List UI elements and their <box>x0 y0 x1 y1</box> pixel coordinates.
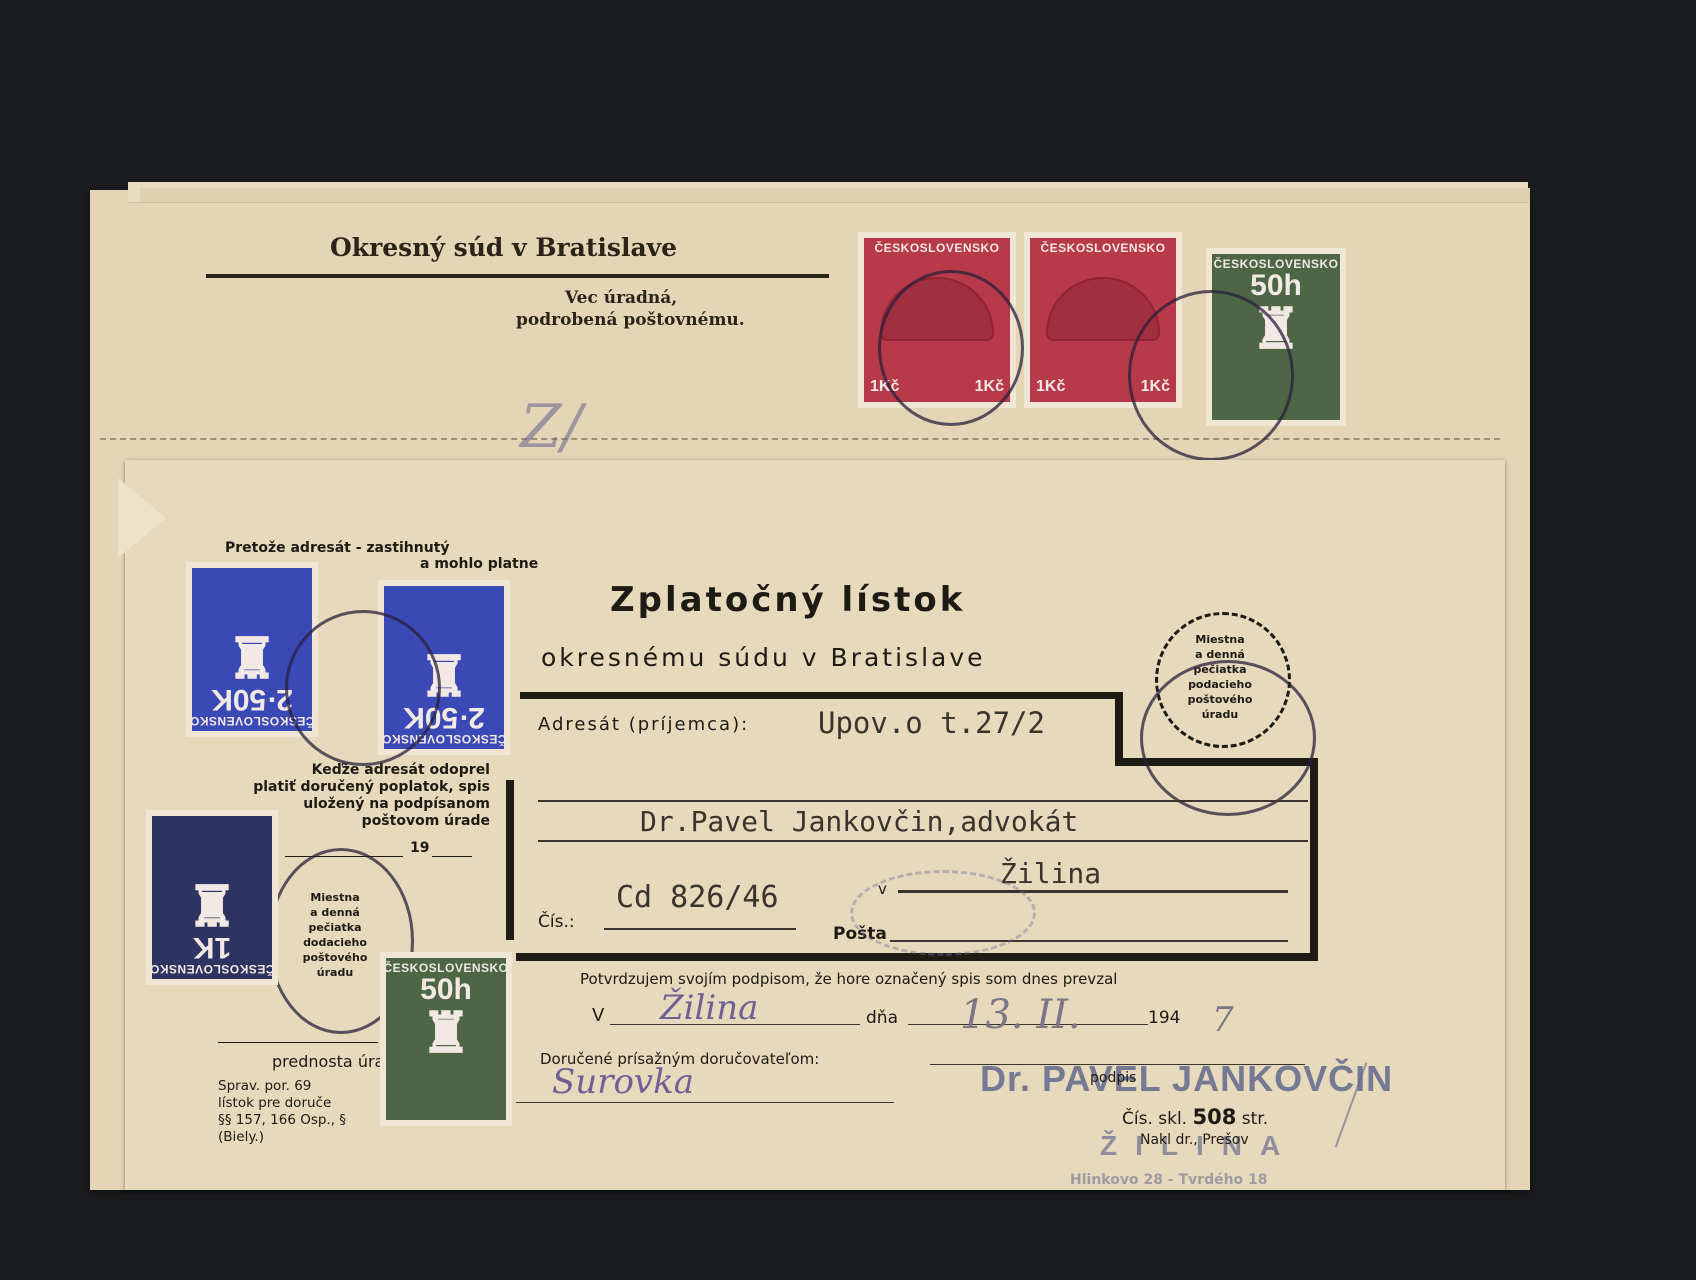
official-notice-line1: Vec úradná, <box>565 288 677 308</box>
case-number: Cd 826/46 <box>616 880 779 915</box>
postmark-circle <box>878 270 1024 426</box>
year-prefix: 194 <box>1148 1008 1180 1028</box>
in-place-label: V <box>592 1005 604 1026</box>
form-line <box>538 840 1308 842</box>
form-title: Zplatočný lístok <box>610 580 965 620</box>
form-box-border <box>520 692 1120 699</box>
handwritten-year: 7 <box>1212 1000 1234 1040</box>
postmark-circle <box>285 610 441 766</box>
stamp-1k-inverted: ČESKOSLOVENSKO 1K ♜ <box>146 810 278 985</box>
addressee-label: Adresát (príjemca): <box>538 714 749 735</box>
form-subtitle: okresnému súdu v Bratislave <box>541 643 986 672</box>
handwritten-date: 13. II. <box>960 992 1081 1038</box>
form-stock-number: Čís. skl. 508 str. <box>1122 1105 1268 1129</box>
form-line <box>604 928 796 930</box>
postmark-circle <box>1140 660 1316 816</box>
fold-line <box>100 438 1500 440</box>
left-year-prefix: 19 <box>410 840 429 856</box>
signature-rubber-stamp: Dr. PAVEL JANKOVČIN <box>980 1058 1393 1100</box>
left-year-line <box>432 856 472 857</box>
case-number-label: Čís.: <box>538 912 575 932</box>
regulation-footnote: Sprav. por. 69 lístok pre doruče §§ 157,… <box>218 1078 346 1146</box>
envelope-edge-layer-2 <box>140 188 1530 202</box>
stamp-50h-lion: ČESKOSLOVENSKO 50h ♜ <box>380 952 512 1126</box>
left-line2: a mohlo platne <box>420 556 538 572</box>
left-heading: Pretože adresát - zastihnutý <box>225 540 450 556</box>
official-notice-line2: podrobená poštovnému. <box>516 310 745 330</box>
form-line <box>538 800 1308 802</box>
publisher-line: Nakl dr., Prešov <box>1140 1132 1249 1148</box>
date-label: dňa <box>866 1008 898 1028</box>
form-box-border <box>506 780 514 940</box>
lion-emblem-icon: ♜ <box>421 1005 471 1061</box>
court-title-rule <box>206 274 829 278</box>
form-box-border <box>1310 765 1318 961</box>
lion-emblem-icon: ♜ <box>187 876 237 932</box>
handwritten-place: Žilina <box>660 988 758 1028</box>
form-box-border <box>1115 692 1123 764</box>
postmark-circle <box>1128 290 1294 461</box>
recipient-name: Dr.Pavel Jankovčin,advokát <box>640 805 1078 838</box>
form-line <box>516 1102 894 1103</box>
left-signature-line <box>218 1042 378 1043</box>
handwritten-mark: Z/ <box>520 392 582 462</box>
court-title: Okresný súd v Bratislave <box>330 233 677 262</box>
confirmation-text: Potvrdzujem svojím podpisom, že hore ozn… <box>580 970 1117 988</box>
rubber-stamp-street: Hlinkovo 28 - Tvrdého 18 <box>1070 1172 1268 1188</box>
faint-postmark <box>850 870 1036 956</box>
lion-emblem-icon: ♜ <box>227 628 277 684</box>
addressee-value: Upov.o t.27/2 <box>818 706 1045 740</box>
handwritten-courier: Surovka <box>552 1062 694 1102</box>
signature-label: podpis <box>1090 1070 1136 1086</box>
